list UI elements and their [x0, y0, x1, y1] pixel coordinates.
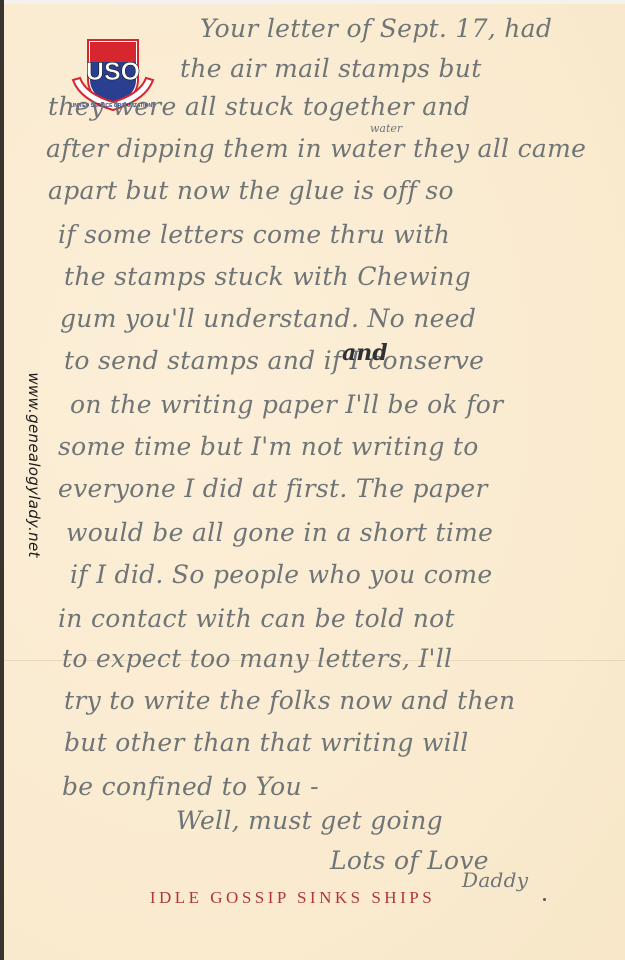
letter-line: to expect too many letters, I'll — [62, 644, 452, 673]
letter-line: some time but I'm not writing to — [58, 432, 479, 461]
letter-line: if some letters come thru with — [58, 220, 450, 249]
letter-line: gum you'll understand. No need — [60, 304, 476, 333]
letter-line: in contact with can be told not — [58, 604, 455, 633]
letter-line: try to write the folks now and then — [64, 686, 515, 715]
letter-line: on the writing paper I'll be ok for — [70, 390, 503, 419]
letter-line: be confined to You - — [62, 772, 319, 801]
letter-line: Your letter of Sept. 17, had — [200, 14, 552, 43]
watermark-text: www.genealogylady.net — [25, 372, 43, 557]
scan-top-edge — [0, 0, 625, 4]
letter-line: but other than that writing will — [64, 728, 469, 757]
letter-line: apart but now the glue is off so — [48, 176, 454, 205]
signature-period — [543, 898, 546, 901]
letter-closing: Well, must get going — [176, 806, 443, 835]
letter-line: the air mail stamps but — [180, 54, 482, 83]
letter-line: to send stamps and if I conserve — [64, 346, 484, 375]
letter-line: would be all gone in a short time — [66, 518, 493, 547]
footer-motto: IDLE GOSSIP SINKS SHIPS — [0, 888, 625, 908]
letter-line: the stamps stuck with Chewing — [64, 262, 471, 291]
letter-line: they were all stuck together and — [48, 92, 470, 121]
overwritten-word: and — [342, 340, 388, 366]
letter-line: if I did. So people who you come — [70, 560, 493, 589]
watermark-url: www.genealogylady.net — [22, 350, 46, 580]
svg-text:USO: USO — [86, 58, 140, 86]
letter-line: everyone I did at first. The paper — [58, 474, 488, 503]
letter-line: after dipping them in water they all cam… — [46, 134, 586, 163]
scan-left-edge — [0, 0, 4, 960]
footer-motto-text: IDLE GOSSIP SINKS SHIPS — [150, 888, 435, 908]
